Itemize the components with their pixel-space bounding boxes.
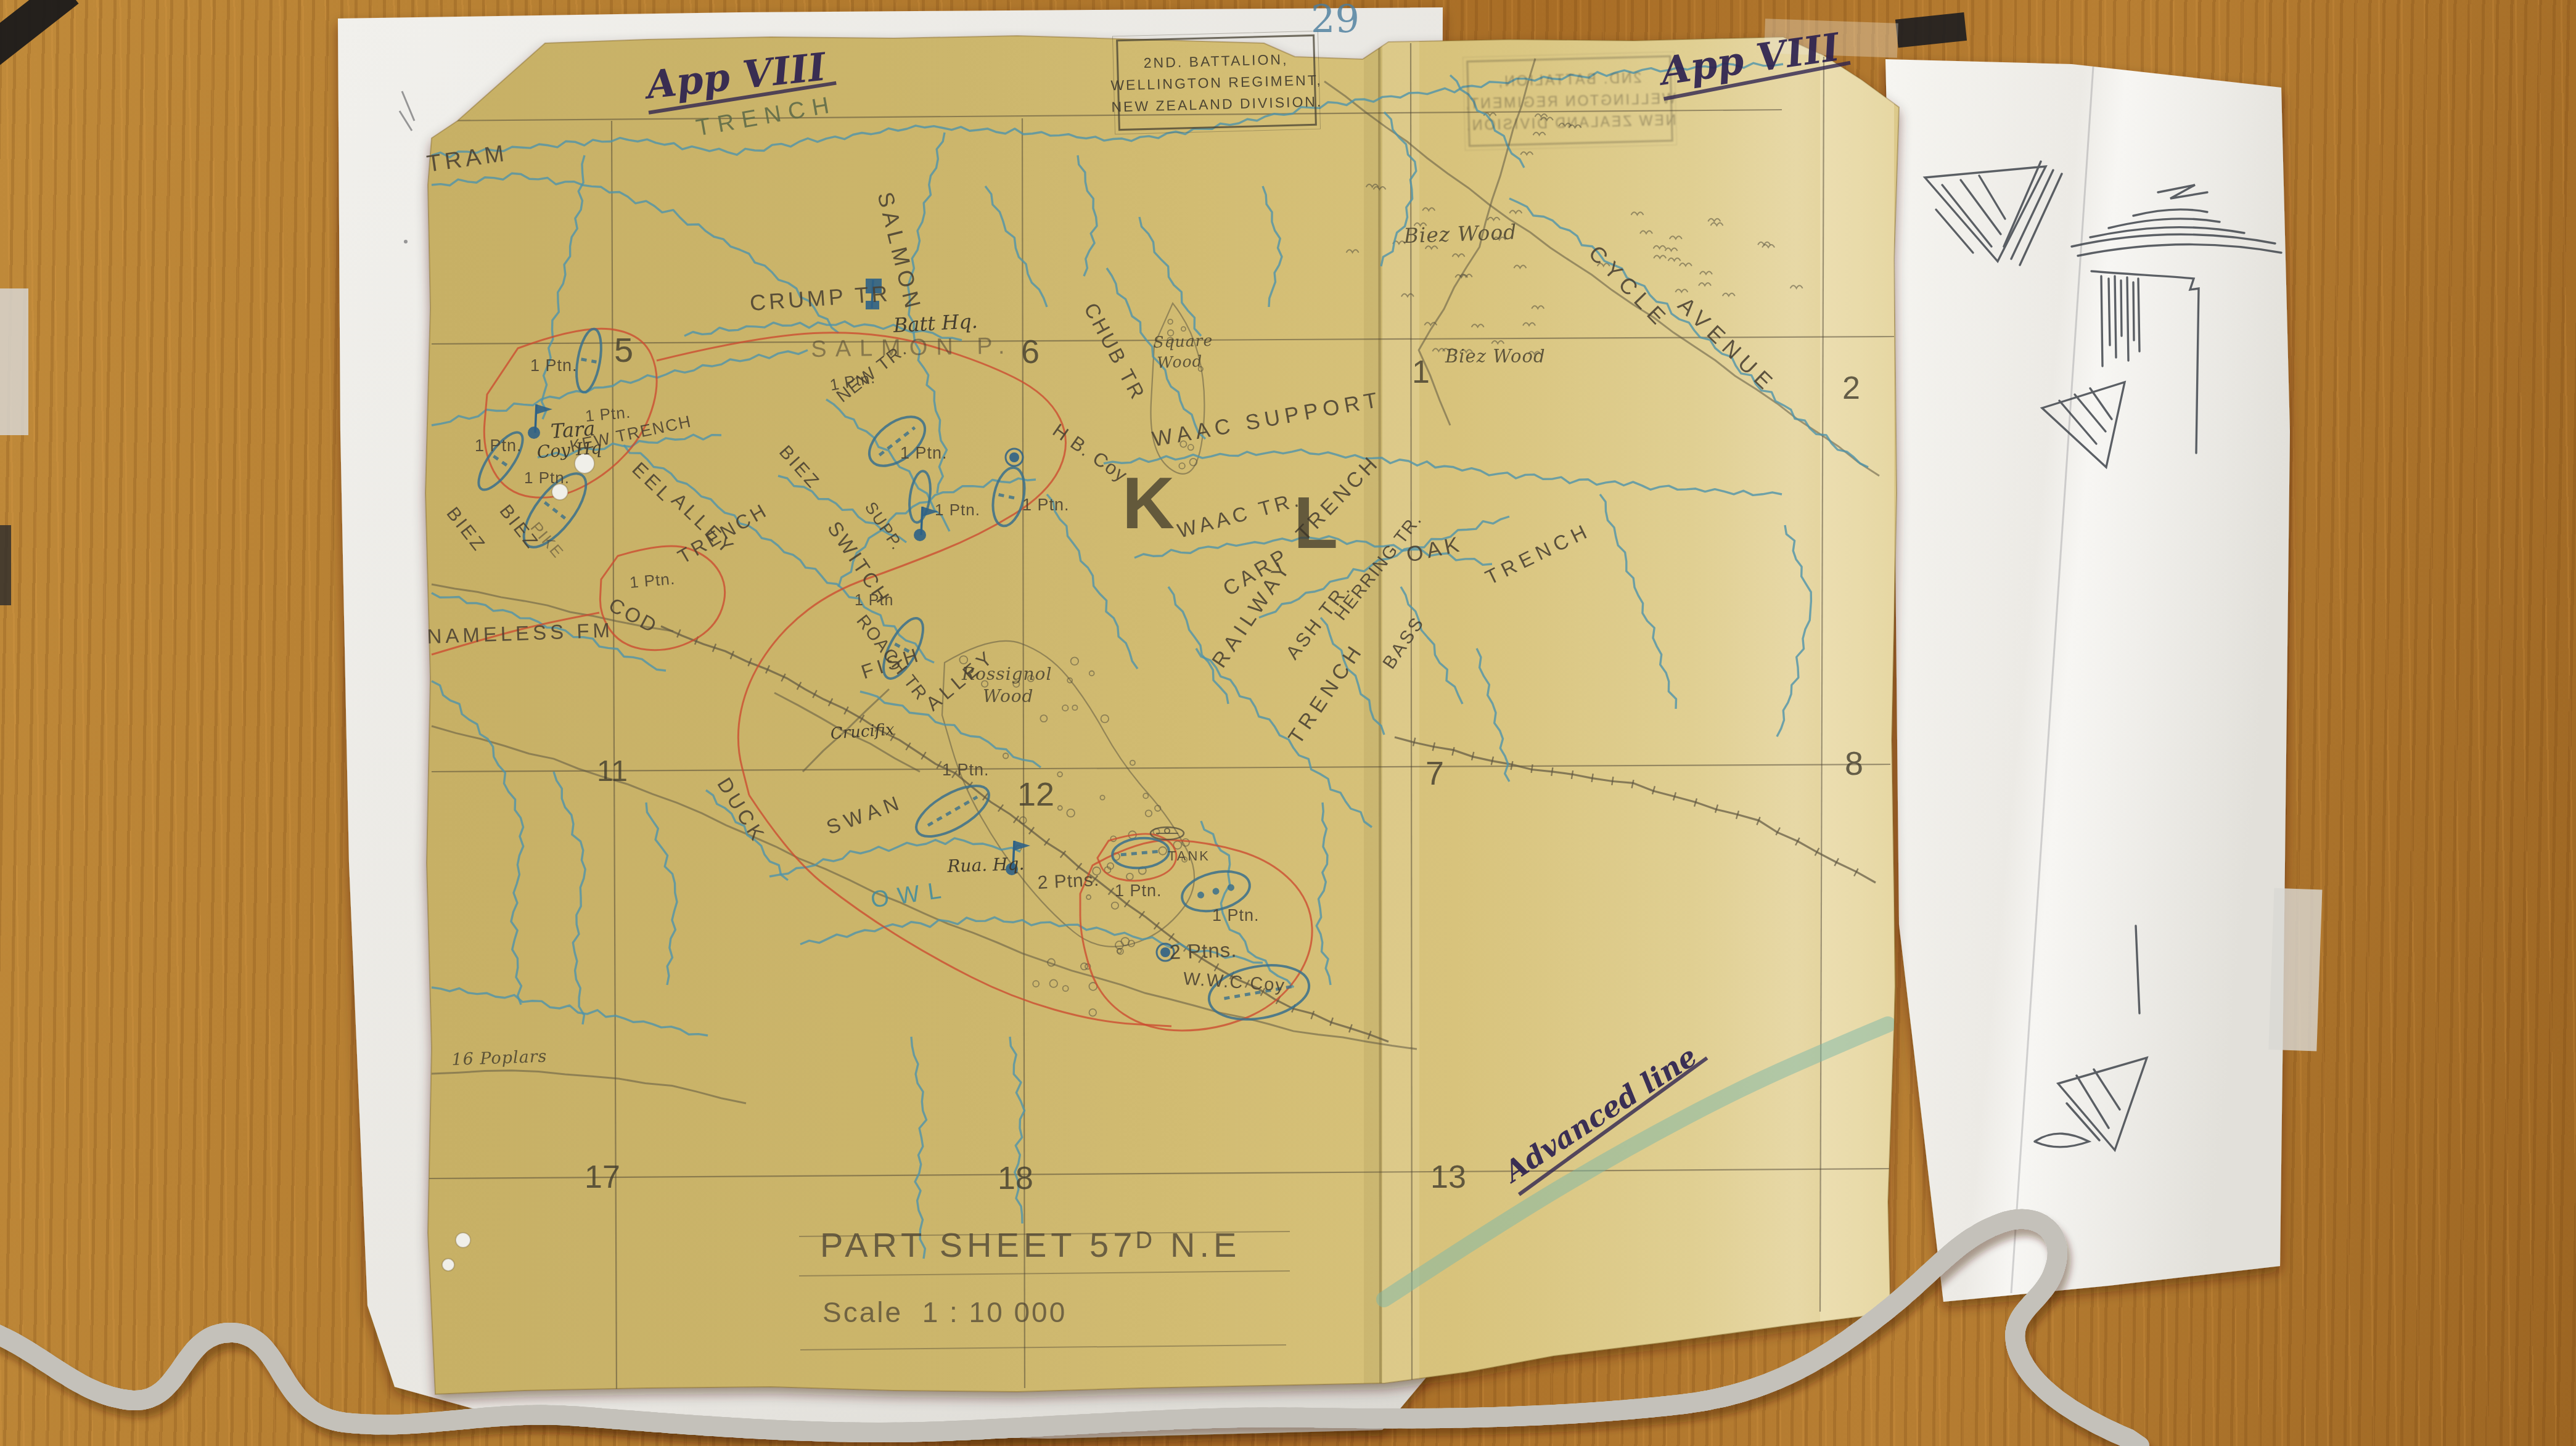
black-tape-top-left [0,0,79,68]
trench-map-sheet [425,36,1899,1394]
punched-hole [552,484,568,500]
photo-of-trench-map: 2ND. BATTALION, WELLINGTON REGIMENT, NEW… [0,0,2576,1446]
translucent-tape-map-top [1764,18,1898,58]
punched-hole [442,1259,454,1271]
map-centre-fold [1379,36,1380,1383]
white-tape-left-edge [0,288,28,435]
black-tape-top-right [1895,12,1967,47]
map-scene-graphics [0,0,2576,1446]
punched-hole [456,1233,470,1248]
white-tape-right-edge [2268,888,2322,1052]
dark-mark-left-edge [0,525,11,605]
punched-hole [575,454,594,473]
